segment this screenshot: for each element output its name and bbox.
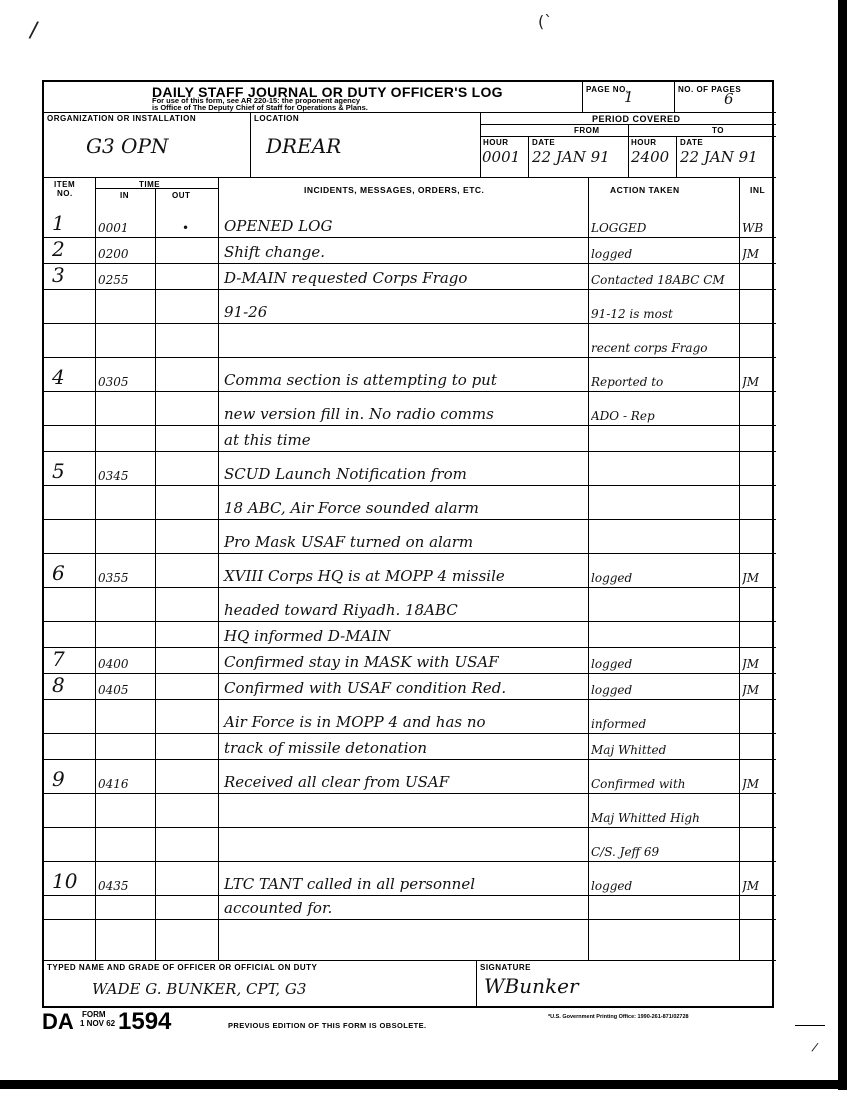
divider — [44, 112, 776, 113]
organization-label: ORGANIZATION OR INSTALLATION — [47, 114, 196, 123]
item-no-cell[interactable]: 4 — [52, 365, 65, 389]
divider — [628, 124, 629, 177]
action-taken-cell[interactable]: C/S. Jeff 69 — [591, 845, 659, 859]
incident-cell[interactable]: Confirmed stay in MASK with USAF — [224, 653, 499, 671]
table-row: 91-2691-12 is most — [44, 289, 776, 323]
signature-value[interactable]: WBunker — [484, 974, 579, 998]
item-no-cell[interactable]: 8 — [52, 673, 65, 697]
incident-cell[interactable]: accounted for. — [224, 899, 332, 917]
incident-cell[interactable]: 91-26 — [224, 303, 267, 321]
action-taken-cell[interactable]: logged — [591, 683, 632, 697]
obsolete-notice: PREVIOUS EDITION OF THIS FORM IS OBSOLET… — [228, 1021, 426, 1030]
table-row: Maj Whitted High — [44, 793, 776, 827]
incident-cell[interactable]: at this time — [224, 431, 311, 449]
action-taken-cell[interactable]: recent corps Frago — [591, 341, 707, 355]
incident-cell[interactable]: track of missile detonation — [224, 739, 427, 757]
table-row: 70400Confirmed stay in MASK with USAFlog… — [44, 647, 776, 673]
initials-cell[interactable]: JM — [742, 657, 759, 671]
item-no-cell[interactable]: 7 — [52, 647, 65, 671]
incident-cell[interactable]: HQ informed D-MAIN — [224, 627, 390, 645]
da-label: DA — [42, 1009, 74, 1035]
item-no-cell[interactable]: 2 — [52, 237, 65, 261]
time-in-cell[interactable]: 0355 — [98, 571, 129, 585]
table-row: Pro Mask USAF turned on alarm — [44, 519, 776, 553]
item-no-cell[interactable]: 9 — [52, 767, 65, 791]
location-label: LOCATION — [254, 114, 299, 123]
to-hour-value[interactable]: 2400 — [631, 148, 669, 166]
table-row: 40305Comma section is attempting to putR… — [44, 357, 776, 391]
stray-mark: / — [28, 18, 40, 44]
row-line — [44, 919, 776, 920]
divider — [44, 960, 776, 961]
from-label: FROM — [574, 126, 600, 135]
table-row: 90416Received all clear from USAFConfirm… — [44, 759, 776, 793]
action-taken-cell[interactable]: 91-12 is most — [591, 307, 673, 321]
table-row: 18 ABC, Air Force sounded alarm — [44, 485, 776, 519]
incidents-header: INCIDENTS, MESSAGES, ORDERS, ETC. — [304, 185, 484, 195]
item-no-cell[interactable]: 1 — [52, 211, 65, 235]
from-date-label: DATE — [532, 138, 555, 147]
table-row: HQ informed D-MAIN — [44, 621, 776, 647]
no-of-pages-value[interactable]: 6 — [724, 90, 734, 108]
divider — [250, 112, 251, 177]
scan-border-right — [838, 0, 847, 1090]
incident-cell[interactable]: Confirmed with USAF condition Red. — [224, 679, 506, 697]
table-row: track of missile detonationMaj Whitted — [44, 733, 776, 759]
item-header: ITEM — [54, 180, 75, 189]
time-in-cell[interactable]: 0345 — [98, 469, 129, 483]
divider — [676, 136, 677, 177]
duty-officer-log-form: DAILY STAFF JOURNAL OR DUTY OFFICER'S LO… — [42, 80, 774, 1008]
incident-cell[interactable]: Shift change. — [224, 243, 325, 261]
period-covered-label: PERIOD COVERED — [592, 114, 681, 124]
time-in-cell[interactable]: 0001 — [98, 221, 129, 235]
table-row: 80405Confirmed with USAF condition Red.l… — [44, 673, 776, 699]
table-row: new version fill in. No radio commsADO -… — [44, 391, 776, 425]
table-row: headed toward Riyadh. 18ABC — [44, 587, 776, 621]
time-in-cell[interactable]: 0400 — [98, 657, 129, 671]
table-row: accounted for. — [44, 895, 776, 919]
page-no-label: PAGE NO. — [586, 85, 629, 94]
incident-cell[interactable]: 18 ABC, Air Force sounded alarm — [224, 499, 479, 517]
scan-border-bottom — [0, 1080, 847, 1089]
action-taken-cell[interactable]: ADO - Rep — [591, 409, 655, 423]
divider — [95, 188, 218, 189]
action-header: ACTION TAKEN — [610, 185, 680, 195]
incident-cell[interactable]: XVIII Corps HQ is at MOPP 4 missile — [224, 567, 505, 585]
item-no-cell[interactable]: 10 — [52, 869, 77, 893]
action-taken-cell[interactable]: Reported to — [591, 375, 663, 389]
action-taken-cell[interactable]: Contacted 18ABC CM — [591, 273, 725, 287]
from-hour-value[interactable]: 0001 — [482, 148, 520, 166]
item-header-no: NO. — [57, 189, 73, 198]
action-taken-cell[interactable]: Maj Whitted — [591, 743, 666, 757]
table-row: Air Force is in MOPP 4 and has noinforme… — [44, 699, 776, 733]
initials-cell[interactable]: WB — [742, 221, 763, 235]
location-value[interactable]: DREAR — [266, 134, 341, 158]
incident-cell[interactable]: LTC TANT called in all personnel — [224, 875, 475, 893]
action-taken-cell[interactable]: informed — [591, 717, 646, 731]
to-label: TO — [712, 126, 724, 135]
signature-label: SIGNATURE — [480, 963, 531, 972]
divider — [528, 136, 529, 177]
time-in-cell[interactable]: 0416 — [98, 777, 129, 791]
table-row: 100435LTC TANT called in all personnello… — [44, 861, 776, 895]
incident-cell[interactable]: Comma section is attempting to put — [224, 371, 497, 389]
to-hour-label: HOUR — [631, 138, 657, 147]
time-in-cell[interactable]: 0435 — [98, 879, 129, 893]
action-taken-cell[interactable]: Confirmed with — [591, 777, 686, 791]
out-header: OUT — [172, 191, 190, 200]
to-date-value[interactable]: 22 JAN 91 — [680, 148, 758, 166]
officer-value[interactable]: WADE G. BUNKER, CPT, G3 — [92, 980, 306, 998]
table-row: 20200Shift change.loggedJM — [44, 237, 776, 263]
divider — [476, 960, 477, 1008]
time-in-cell[interactable]: 0255 — [98, 273, 129, 287]
form-subtitle-2: is Office of The Deputy Chief of Staff f… — [152, 104, 368, 111]
action-taken-cell[interactable]: LOGGED — [591, 221, 646, 235]
action-taken-cell[interactable]: logged — [591, 571, 632, 585]
divider — [582, 82, 583, 112]
page-no-value[interactable]: 1 — [624, 88, 634, 106]
initials-cell[interactable]: JM — [742, 879, 759, 893]
item-no-cell[interactable]: 6 — [52, 561, 65, 585]
stray-mark: / — [811, 1040, 820, 1055]
form-number: 1594 — [118, 1008, 171, 1036]
table-row: recent corps Frago — [44, 323, 776, 357]
divider — [674, 82, 675, 112]
incident-cell[interactable]: Air Force is in MOPP 4 and has no — [224, 713, 486, 731]
time-in-cell[interactable]: 0405 — [98, 683, 129, 697]
action-taken-cell[interactable]: logged — [591, 879, 632, 893]
stray-mark — [795, 1025, 825, 1026]
form-date: 1 NOV 62 — [80, 1019, 115, 1028]
time-in-cell[interactable]: 0305 — [98, 375, 129, 389]
initials-header: INL — [750, 185, 765, 195]
incident-cell[interactable]: Received all clear from USAF — [224, 773, 449, 791]
incident-cell[interactable]: Pro Mask USAF turned on alarm — [224, 533, 473, 551]
action-taken-cell[interactable]: logged — [591, 657, 632, 671]
incident-cell[interactable]: D-MAIN requested Corps Frago — [224, 269, 467, 287]
item-no-cell[interactable]: 5 — [52, 459, 65, 483]
from-hour-label: HOUR — [483, 138, 509, 147]
item-no-cell[interactable]: 3 — [52, 263, 65, 287]
incident-cell[interactable]: OPENED LOG — [224, 217, 332, 235]
to-date-label: DATE — [680, 138, 703, 147]
time-in-cell[interactable]: 0200 — [98, 247, 129, 261]
incident-cell[interactable]: new version fill in. No radio comms — [224, 405, 494, 423]
time-out-cell[interactable]: • — [182, 221, 189, 235]
initials-cell[interactable]: JM — [742, 247, 759, 261]
printing-office: *U.S. Government Printing Office: 1990-2… — [548, 1014, 689, 1020]
organization-value[interactable]: G3 OPN — [86, 134, 168, 158]
table-row: 60355XVIII Corps HQ is at MOPP 4 missile… — [44, 553, 776, 587]
table-row: 50345SCUD Launch Notification from — [44, 451, 776, 485]
in-header: IN — [120, 191, 129, 200]
from-date-value[interactable]: 22 JAN 91 — [532, 148, 610, 166]
initials-cell[interactable]: JM — [742, 683, 759, 697]
divider — [480, 112, 481, 177]
table-row: at this time — [44, 425, 776, 451]
table-row: 30255D-MAIN requested Corps FragoContact… — [44, 263, 776, 289]
incident-cell[interactable]: headed toward Riyadh. 18ABC — [224, 601, 458, 619]
divider — [44, 177, 776, 178]
stray-mark: (` — [538, 12, 552, 31]
officer-label: TYPED NAME AND GRADE OF OFFICER OR OFFIC… — [47, 963, 317, 972]
initials-cell[interactable]: JM — [742, 571, 759, 585]
action-taken-cell[interactable]: Maj Whitted High — [591, 811, 700, 825]
form-word: FORM — [82, 1010, 106, 1019]
incident-cell[interactable]: SCUD Launch Notification from — [224, 465, 467, 483]
initials-cell[interactable]: JM — [742, 375, 759, 389]
table-row: 10001•OPENED LOGLOGGEDWB — [44, 203, 776, 237]
action-taken-cell[interactable]: logged — [591, 247, 632, 261]
table-row: C/S. Jeff 69 — [44, 827, 776, 861]
initials-cell[interactable]: JM — [742, 777, 759, 791]
